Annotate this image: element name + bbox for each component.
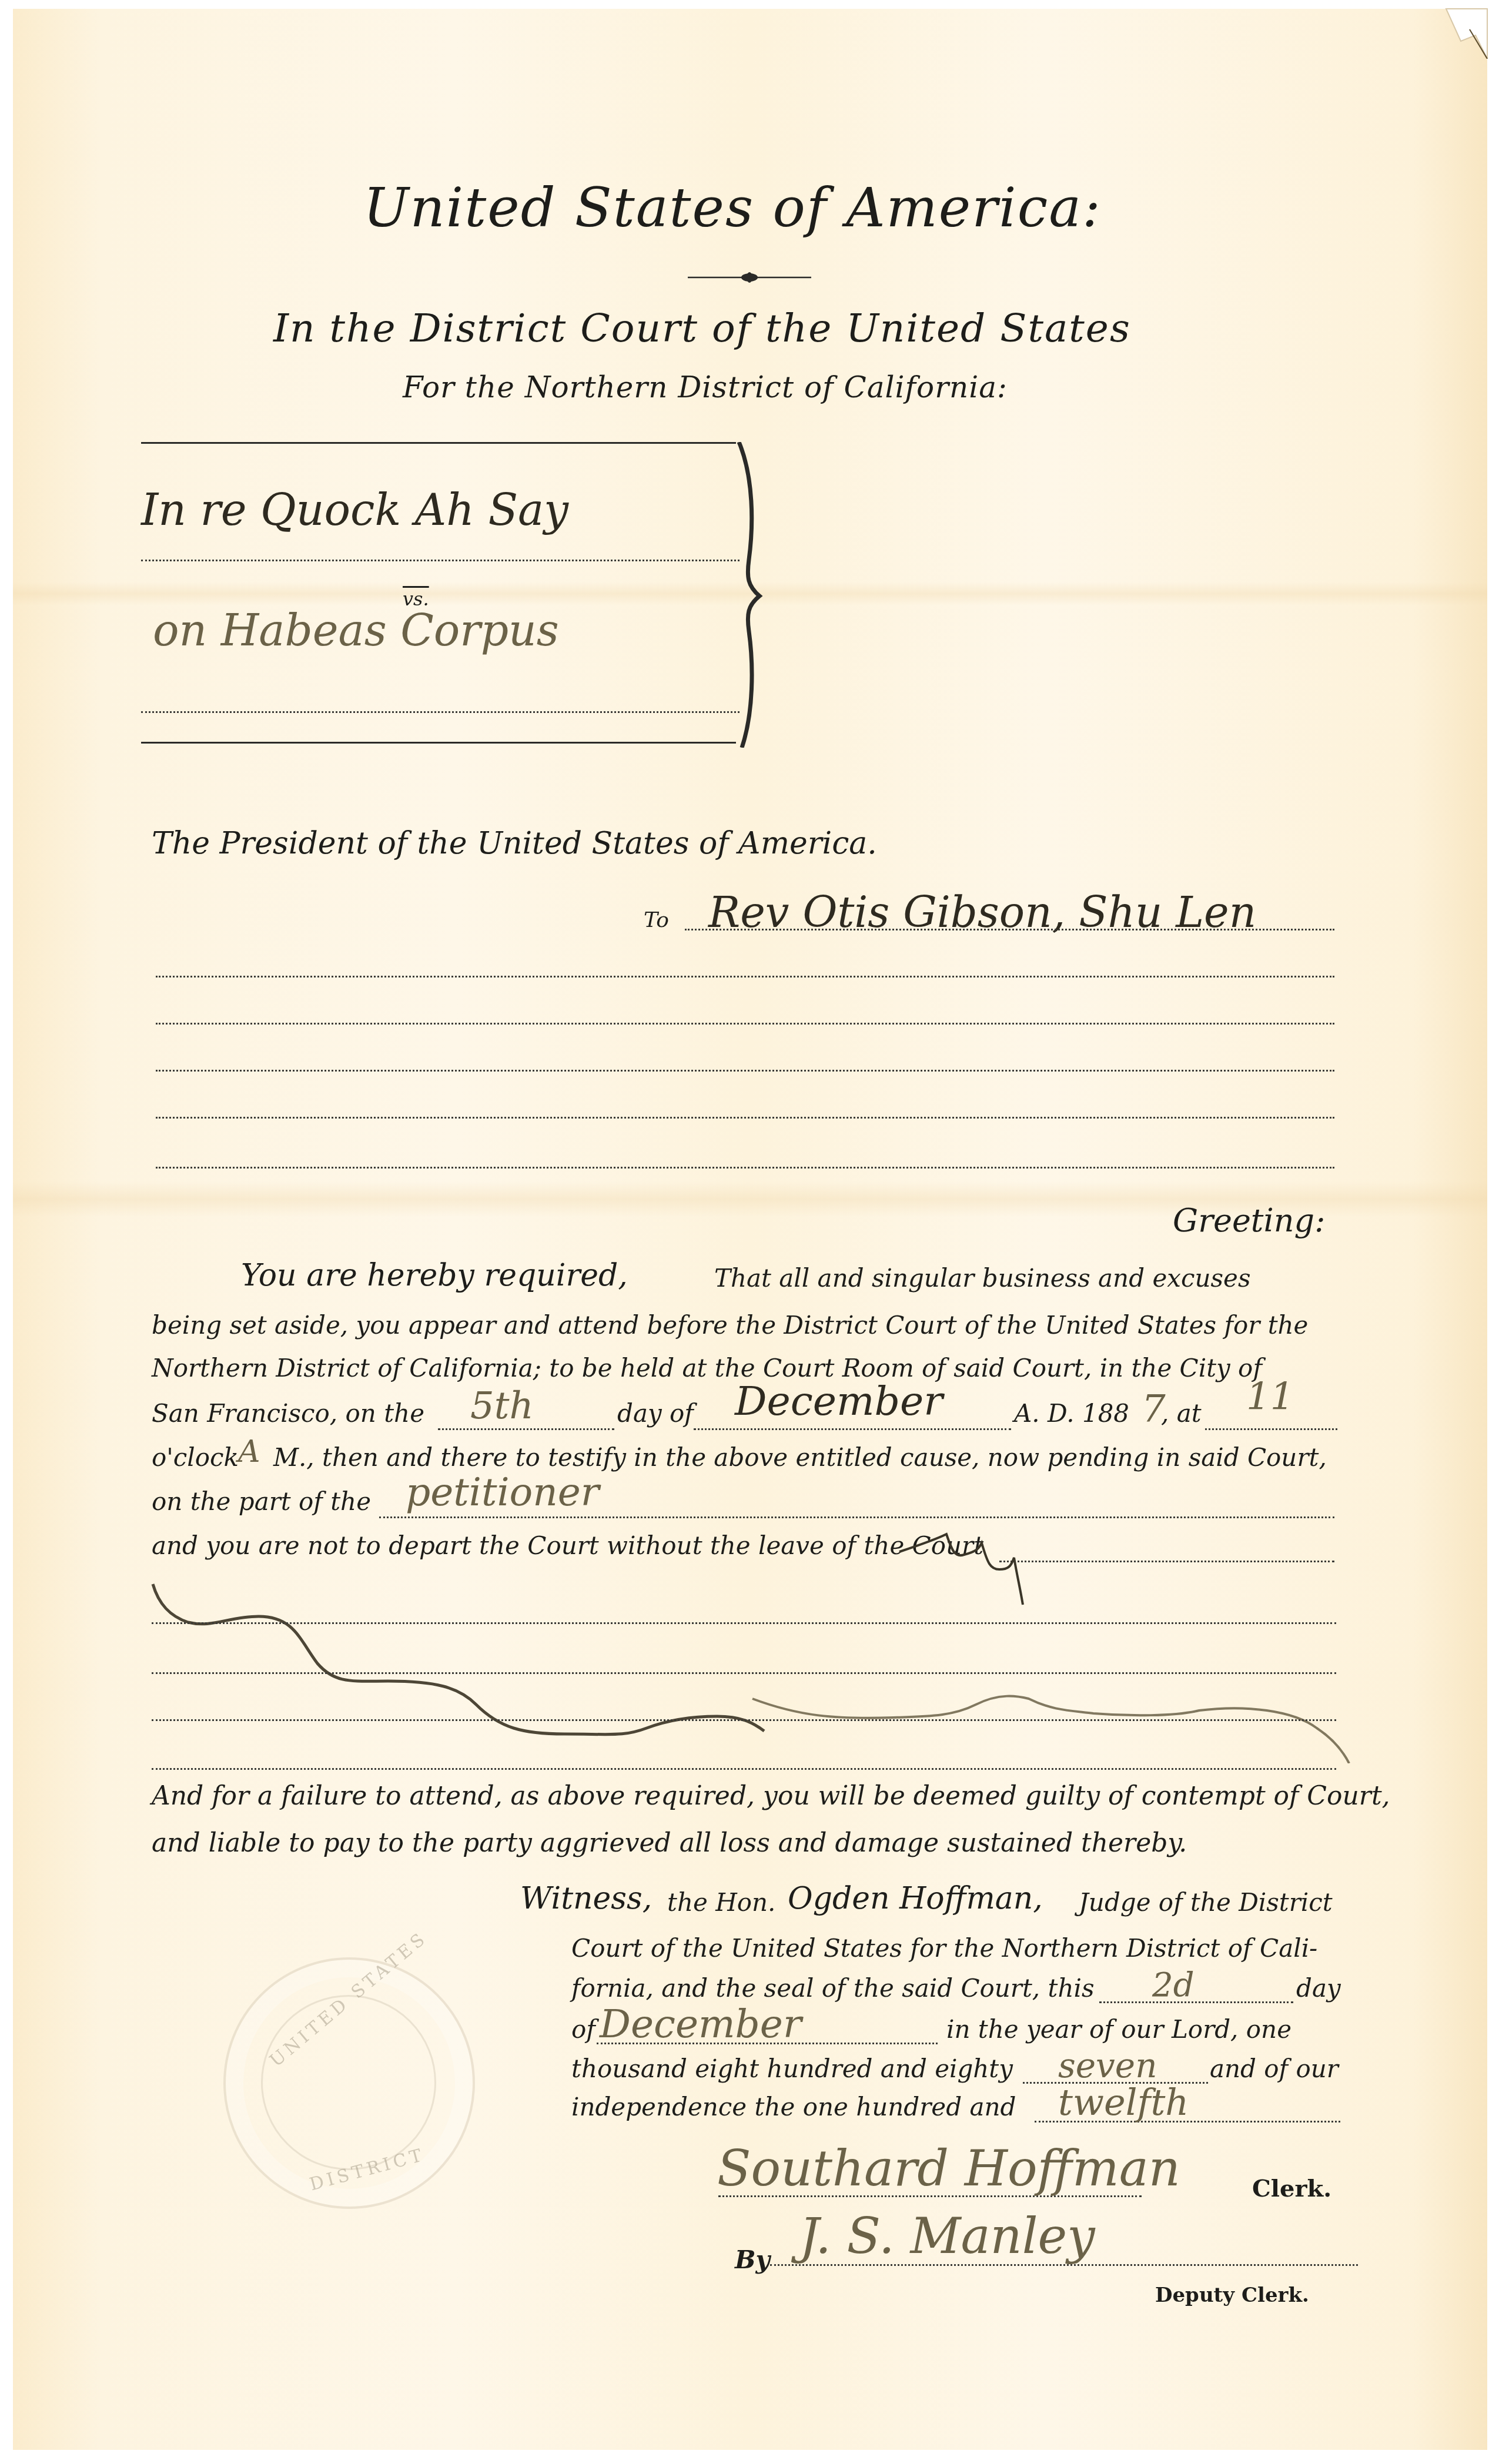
body-line-2: being set aside, you appear and attend b…	[152, 1311, 1308, 1340]
seal-inner-ring	[261, 1995, 436, 2170]
party-handwritten[interactable]: petitioner	[406, 1469, 599, 1515]
caption-bottom-rule	[141, 742, 736, 744]
court-embossed-seal: UNITED STATES DISTRICT	[223, 1957, 475, 2209]
addressee-line	[685, 929, 1334, 930]
witness-year-handwritten[interactable]: seven	[1058, 2045, 1157, 2085]
district-heading: For the Northern District of California:	[403, 370, 1008, 404]
witness-month-handwritten[interactable]: December	[600, 2001, 801, 2047]
penalty-line-2: and liable to pay to the party aggrieved…	[152, 1828, 1187, 1858]
witness-line-6a: independence the one hundred and	[571, 2093, 1016, 2121]
day-field-line	[438, 1428, 614, 1430]
address-blank-line	[156, 1023, 1334, 1025]
witness-line-4b: in the year of our Lord, one	[946, 2015, 1291, 2044]
witness-line-1-rest: Judge of the District	[1079, 1888, 1333, 1917]
body-line-5a: o'clock	[152, 1443, 239, 1472]
clerk-signature[interactable]: Southard Hoffman	[717, 2140, 1180, 2197]
blank-line	[152, 1768, 1336, 1770]
greeting-label: Greeting:	[1173, 1202, 1325, 1239]
witness-line-5b: and of our	[1210, 2054, 1339, 2083]
witness-line-3a: fornia, and the seal of the said Court, …	[571, 1974, 1094, 2003]
address-blank-line	[156, 976, 1334, 977]
hour-handwritten[interactable]: 11	[1246, 1375, 1294, 1419]
pen-strike-tail-icon	[141, 1516, 1352, 1763]
command-lead: You are hereby required,	[241, 1258, 628, 1293]
body-line-6a: on the part of the	[152, 1487, 371, 1516]
body-line-3: Northern District of California; to be h…	[152, 1354, 1262, 1382]
deputy-clerk-label: Deputy Clerk.	[1155, 2284, 1309, 2307]
case-blank-line	[141, 711, 740, 713]
ampm-handwritten[interactable]: A	[238, 1434, 260, 1469]
caption-top-rule	[141, 442, 736, 444]
address-blank-line	[156, 1117, 1334, 1119]
body-line-5b: M., then and there to testify in the abo…	[273, 1443, 1327, 1472]
case-plaintiff-line	[141, 560, 740, 561]
witness-line-4a: of	[571, 2015, 595, 2044]
torn-corner-icon	[1434, 6, 1493, 59]
hour-field-line	[1205, 1428, 1337, 1430]
clerk-label: Clerk.	[1252, 2175, 1331, 2202]
body-line-4d: , at	[1161, 1399, 1202, 1428]
body-line-4c: A. D. 188	[1014, 1399, 1129, 1428]
day-handwritten[interactable]: 5th	[470, 1384, 534, 1428]
body-line-4b: day of	[617, 1399, 694, 1428]
month-field-line	[694, 1428, 1011, 1430]
blank-line	[152, 1719, 1336, 1721]
by-label: By	[735, 2245, 770, 2274]
witness-line-2: Court of the United States for the North…	[571, 1934, 1317, 1963]
ornament-divider-icon	[688, 272, 811, 283]
witness-label: Witness,	[520, 1881, 652, 1916]
curly-brace-icon	[736, 442, 771, 748]
case-plaintiff-handwritten: In re Quock Ah Say	[141, 485, 568, 535]
month-handwritten[interactable]: December	[735, 1378, 943, 1425]
court-heading: In the District Court of the United Stat…	[273, 306, 1131, 351]
blank-line	[152, 1622, 1336, 1624]
address-blank-line	[156, 1167, 1334, 1169]
to-label: To	[644, 908, 669, 932]
document-title: United States of America:	[363, 176, 1102, 239]
witness-line-3b: day	[1296, 1974, 1341, 2003]
judge-name: Ogden Hoffman,	[788, 1881, 1043, 1916]
witness-hon: the Hon.	[667, 1888, 775, 1917]
blank-line	[152, 1672, 1336, 1674]
penalty-line-1: And for a failure to attend, as above re…	[152, 1781, 1390, 1811]
deputy-signature[interactable]: J. S. Manley	[799, 2207, 1095, 2265]
body-line-1: That all and singular business and excus…	[714, 1264, 1250, 1293]
witness-day-line	[1099, 2001, 1293, 2003]
case-defendant-handwritten: on Habeas Corpus	[153, 605, 559, 656]
body-line-4a: San Francisco, on the	[152, 1399, 424, 1428]
witness-day-handwritten[interactable]: 2d	[1152, 1966, 1194, 2004]
address-blank-line	[156, 1070, 1334, 1072]
president-line: The President of the United States of Am…	[152, 826, 877, 861]
witness-line-5a: thousand eight hundred and eighty	[571, 2054, 1013, 2083]
witness-independence-handwritten[interactable]: twelfth	[1058, 2081, 1189, 2124]
